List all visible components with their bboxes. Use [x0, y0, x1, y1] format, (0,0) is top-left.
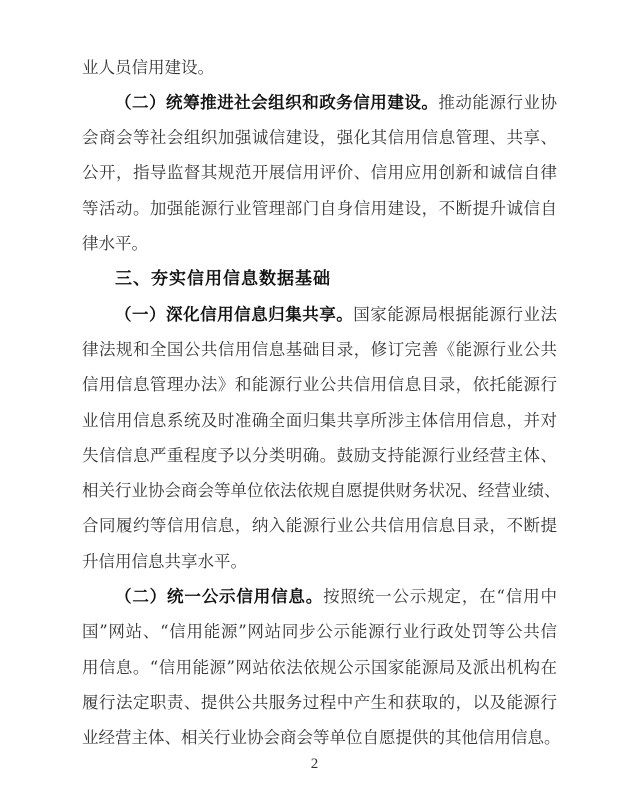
- paragraph-line: 业人员信用建设。: [82, 55, 557, 81]
- paragraph-line: 公开，指导监督其规范开展信用评价、信用应用创新和诚信自律: [82, 160, 557, 186]
- subsection-title: （二）统一公示信用信息。: [115, 587, 323, 606]
- paragraph-line: 业信用信息系统及时准确全面归集共享所涉主体信用信息，并对: [82, 408, 557, 434]
- paragraph-line: 律法规和全国公共信用信息基础目录，修订完善《能源行业公共: [82, 337, 557, 363]
- subsection-title: （二）统筹推进社会组织和政务信用建设。: [115, 93, 438, 112]
- paragraph-line: 相关行业协会商会等单位依法依规自愿提供财务状况、经营业绩、: [82, 478, 557, 504]
- paragraph-line: 等活动。加强能源行业管理部门自身信用建设，不断提升诚信自: [82, 196, 557, 222]
- paragraph-text: 按照统一公示规定，在“信用中: [323, 587, 557, 606]
- subsection-title: （一）深化信用信息归集共享。: [115, 305, 353, 324]
- paragraph-line: 升信用信息共享水平。: [82, 549, 557, 575]
- paragraph-line: （二）统一公示信用信息。按照统一公示规定，在“信用中: [115, 584, 557, 610]
- paragraph-line: 履行法定职责、提供公共服务过程中产生和获取的，以及能源行: [82, 690, 557, 716]
- page-number: 2: [0, 756, 629, 773]
- paragraph-line: （二）统筹推进社会组织和政务信用建设。推动能源行业协: [115, 90, 557, 116]
- paragraph-line: 用信息。“信用能源”网站依法依规公示国家能源局及派出机构在: [82, 655, 557, 681]
- paragraph-line: 国”网站、“信用能源”网站同步公示能源行业行政处罚等公共信: [82, 619, 557, 645]
- section-heading: 三、夯实信用信息数据基础: [115, 266, 331, 292]
- paragraph-text: 推动能源行业协: [438, 93, 557, 112]
- paragraph-line: 失信信息严重程度予以分类明确。鼓励支持能源行业经营主体、: [82, 443, 557, 469]
- document-page: 业人员信用建设。 （二）统筹推进社会组织和政务信用建设。推动能源行业协 会商会等…: [0, 0, 629, 788]
- paragraph-line: （一）深化信用信息归集共享。国家能源局根据能源行业法: [115, 302, 557, 328]
- paragraph-line: 律水平。: [82, 231, 557, 257]
- paragraph-line: 会商会等社会组织加强诚信建设，强化其信用信息管理、共享、: [82, 125, 557, 151]
- paragraph-line: 业经营主体、相关行业协会商会等单位自愿提供的其他信用信息。: [82, 725, 557, 751]
- paragraph-line: 合同履约等信用信息，纳入能源行业公共信用信息目录，不断提: [82, 513, 557, 539]
- paragraph-text: 国家能源局根据能源行业法: [353, 305, 557, 324]
- paragraph-line: 信用信息管理办法》和能源行业公共信用信息目录，依托能源行: [82, 372, 557, 398]
